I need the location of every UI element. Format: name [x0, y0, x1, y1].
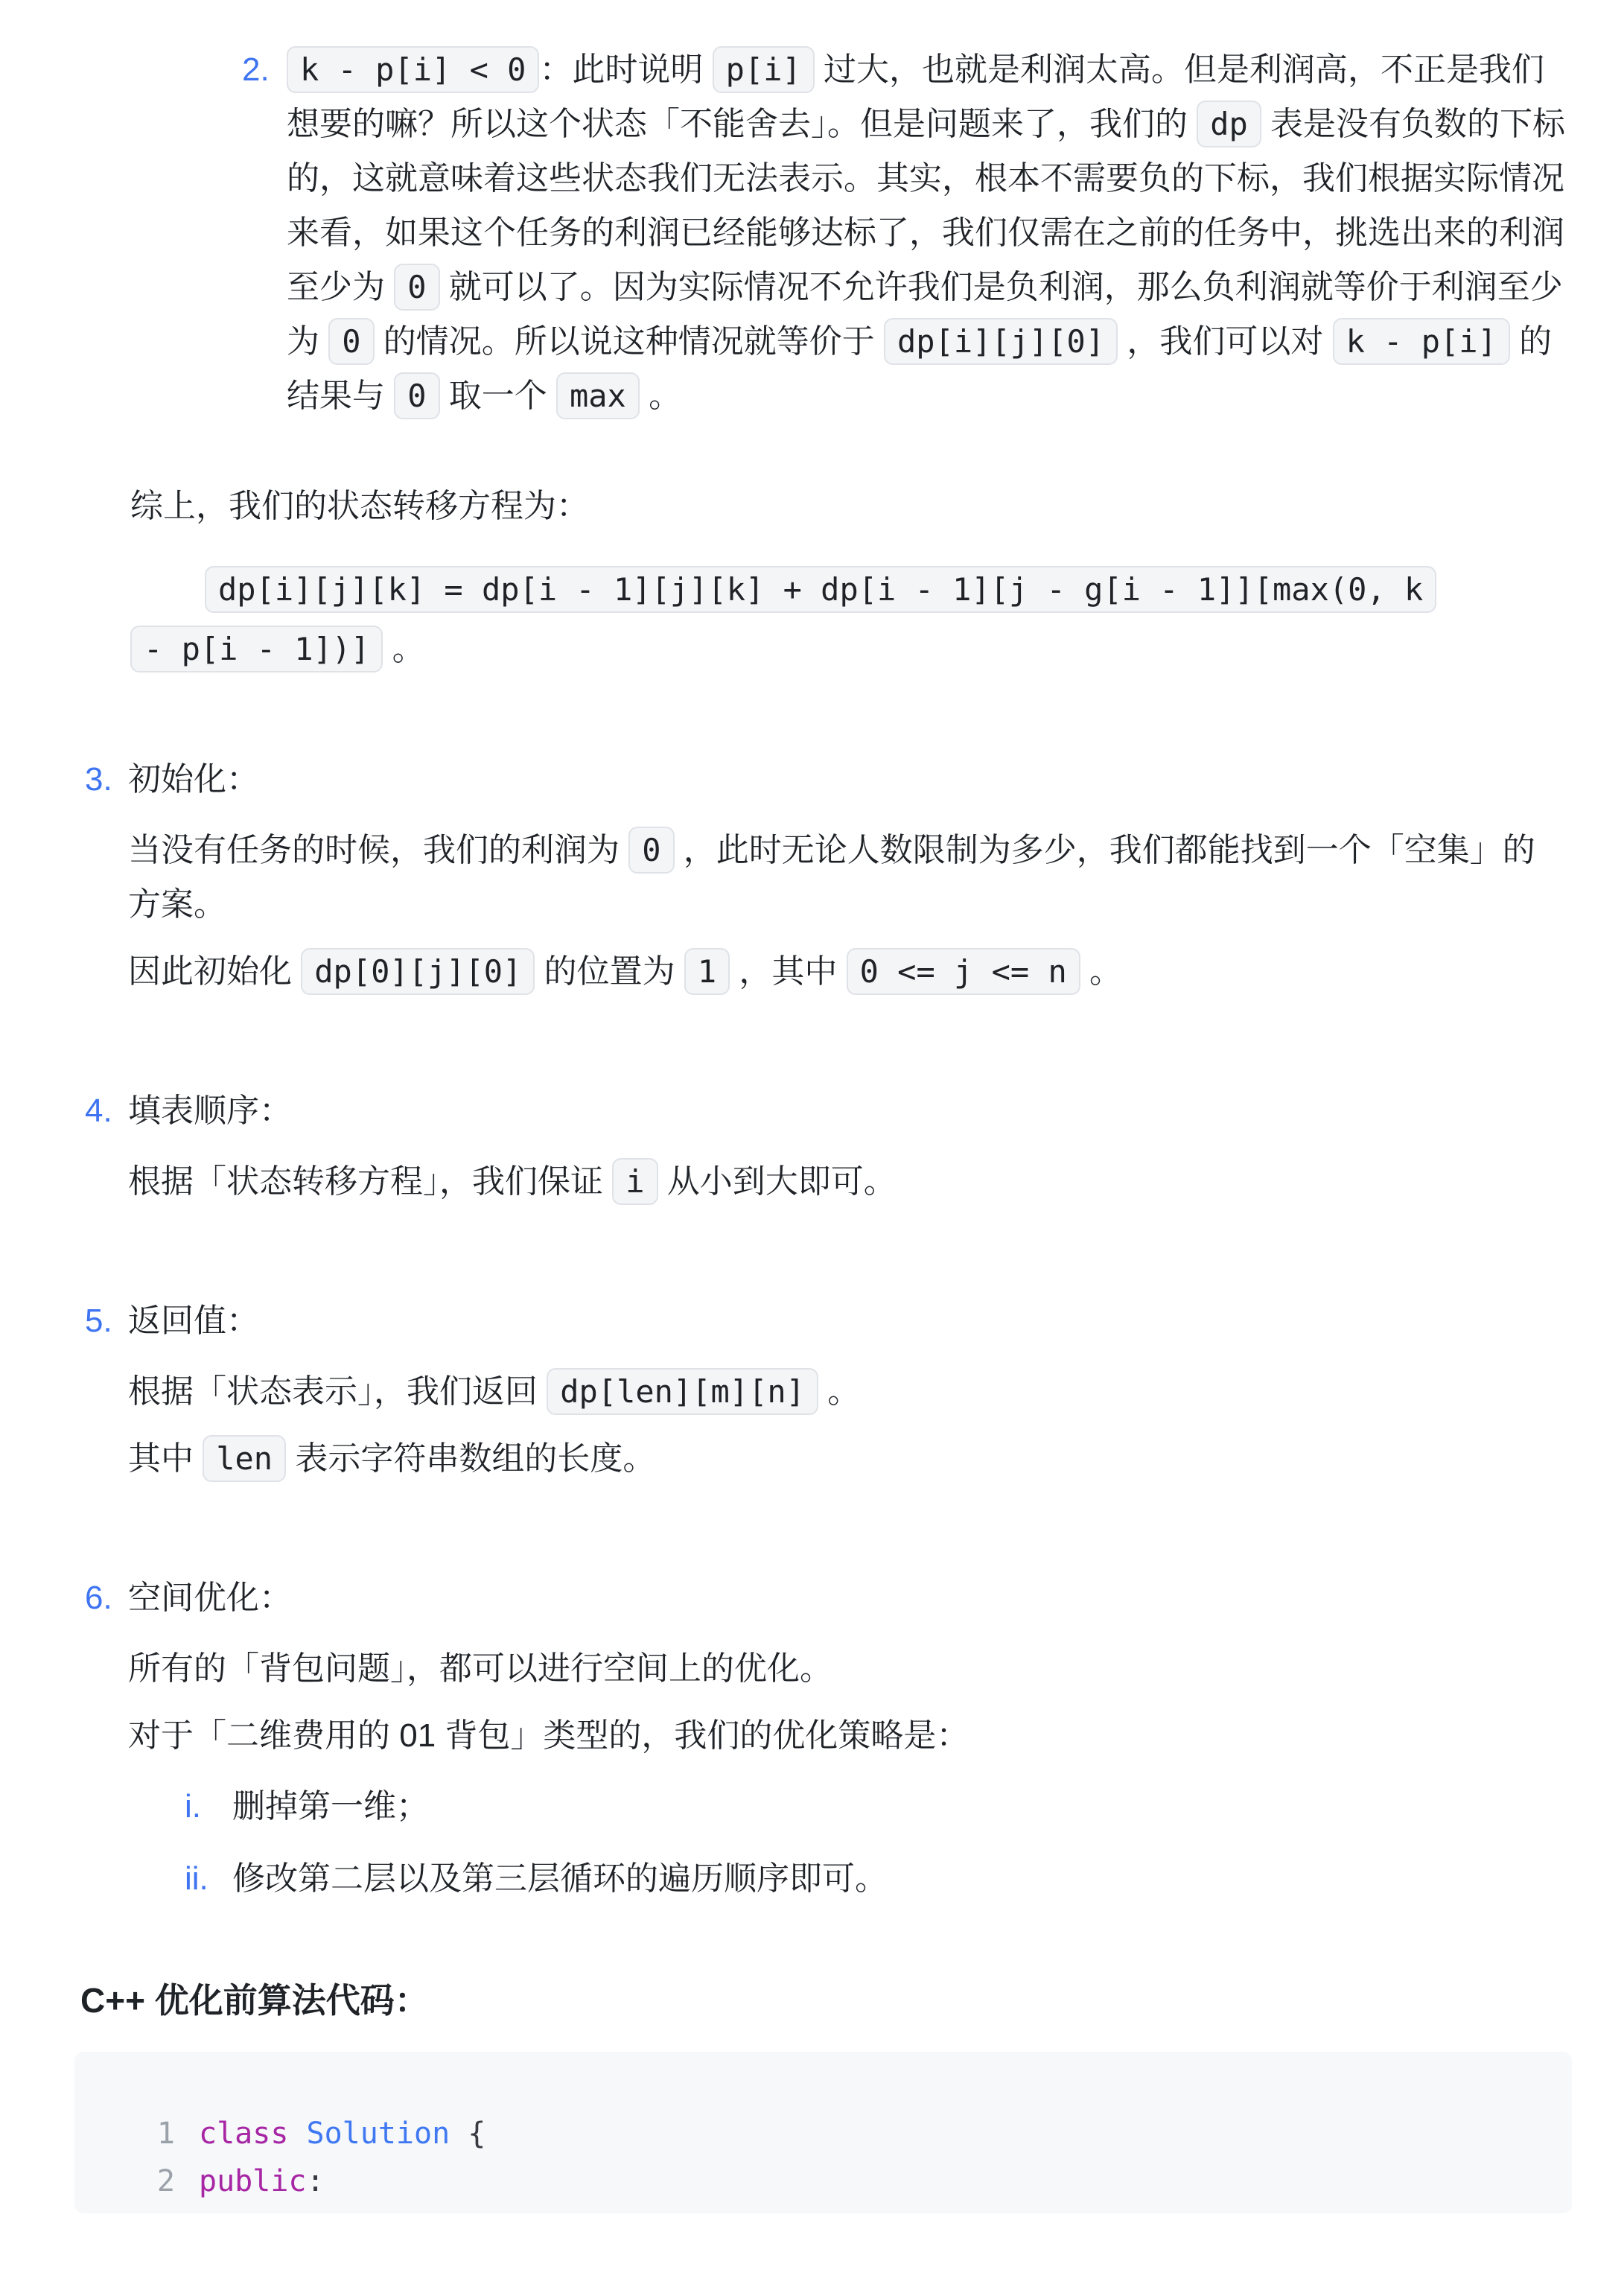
sub-list-item-text: 删掉第一维； — [232, 1788, 429, 1825]
inline-code: p[i] — [713, 46, 815, 93]
section-title: 填表顺序： — [128, 1084, 1567, 1138]
inline-code: dp[i][j][0] — [884, 318, 1118, 365]
code-line-text: public: — [175, 2157, 325, 2205]
line-number: 1 — [74, 2110, 175, 2157]
state-transition-formula: dp[i][j][k] = dp[i - 1][j][k] + dp[i - 1… — [130, 560, 1567, 679]
section-fill-order: 4. 填表顺序： 根据「状态转移方程」，我们保证 i 从小到大即可。 — [128, 1084, 1567, 1209]
section-title: 空间优化： — [128, 1571, 1567, 1625]
code-token — [288, 2117, 306, 2151]
section-return-value: 5. 返回值： 根据「状态表示」，我们返回 dp[len][m][n] 。 其中… — [128, 1294, 1567, 1486]
cpp-code-block: 1 class Solution { 2 public: — [74, 2052, 1572, 2213]
section-paragraph: 对于「二维费用的 01 背包」类型的，我们的优化策略是： — [128, 1708, 1567, 1763]
code-token: : — [307, 2164, 325, 2198]
inline-code: i — [612, 1158, 657, 1205]
section-paragraph: 根据「状态表示」，我们返回 dp[len][m][n] 。 — [128, 1364, 1567, 1419]
section-number: 5. — [85, 1294, 112, 1348]
section-space-optimization: 6. 空间优化： 所有的「背包问题」，都可以进行空间上的优化。 对于「二维费用的… — [128, 1571, 1567, 1906]
section-initialization: 3. 初始化： 当没有任务的时候，我们的利润为 0 ，此时无论人数限制为多少，我… — [128, 752, 1567, 999]
inline-code: 1 — [684, 948, 730, 995]
document-page: 2. k - p[i] < 0：此时说明 p[i] 过大，也就是利润太高。但是利… — [0, 0, 1624, 2296]
inline-code: dp[0][j][0] — [301, 948, 535, 995]
inline-code: 0 — [628, 827, 674, 874]
section-number: 6. — [85, 1571, 112, 1625]
code-line: 1 class Solution { — [74, 2110, 1572, 2157]
inline-code: dp[i][j][k] = dp[i - 1][j][k] + dp[i - 1… — [205, 566, 1436, 613]
section-title: 初始化： — [128, 752, 1567, 807]
inline-code: 0 <= j <= n — [847, 948, 1080, 995]
line-number: 2 — [74, 2157, 175, 2205]
section-paragraph: 根据「状态转移方程」，我们保证 i 从小到大即可。 — [128, 1154, 1567, 1209]
code-token: class — [199, 2117, 288, 2151]
sub-list-item-marker: i. — [185, 1779, 201, 1834]
inline-code: 0 — [394, 264, 439, 311]
code-token: public — [199, 2164, 307, 2198]
inline-code: k - p[i] < 0 — [287, 46, 539, 93]
inline-code: dp — [1197, 101, 1261, 147]
section-number: 3. — [85, 752, 112, 807]
section-number: 4. — [85, 1084, 112, 1138]
section-title: 返回值： — [128, 1294, 1567, 1348]
list-item-2: 2. k - p[i] < 0：此时说明 p[i] 过大，也就是利润太高。但是利… — [242, 42, 1567, 423]
section-paragraph: 所有的「背包问题」，都可以进行空间上的优化。 — [128, 1641, 1567, 1696]
inline-code: max — [556, 372, 640, 419]
section-paragraph: 其中 len 表示字符串数组的长度。 — [128, 1431, 1567, 1486]
inline-code: dp[len][m][n] — [547, 1368, 818, 1415]
sub-list-item-marker: ii. — [185, 1851, 208, 1906]
summary-intro: 综上，我们的状态转移方程为： — [130, 479, 1567, 533]
sub-list-item-text: 修改第二层以及第三层循环的遍历顺序即可。 — [232, 1860, 888, 1897]
section-paragraph: 当没有任务的时候，我们的利润为 0 ，此时无论人数限制为多少，我们都能找到一个「… — [128, 823, 1567, 932]
list-item-2-paragraph: k - p[i] < 0：此时说明 p[i] 过大，也就是利润太高。但是利润高，… — [287, 42, 1567, 423]
sub-list-item: i. 删掉第一维； — [128, 1779, 1567, 1834]
list-item-2-marker: 2. — [242, 42, 270, 97]
section-paragraph: 因此初始化 dp[0][j][0] 的位置为 1 ，其中 0 <= j <= n… — [128, 944, 1567, 999]
inline-code: - p[i - 1])] — [130, 626, 383, 672]
sub-list-item: ii. 修改第二层以及第三层循环的遍历顺序即可。 — [128, 1851, 1567, 1906]
code-line: 2 public: — [74, 2157, 1572, 2205]
inline-code: 0 — [328, 318, 374, 365]
code-token: Solution — [307, 2117, 450, 2151]
inline-code: k - p[i] — [1333, 318, 1510, 365]
code-section-heading: C++ 优化前算法代码： — [80, 1977, 1567, 2023]
inline-code: 0 — [394, 372, 439, 419]
code-line-text: class Solution { — [175, 2110, 485, 2157]
inline-code: len — [203, 1435, 286, 1482]
code-token: { — [450, 2117, 485, 2151]
